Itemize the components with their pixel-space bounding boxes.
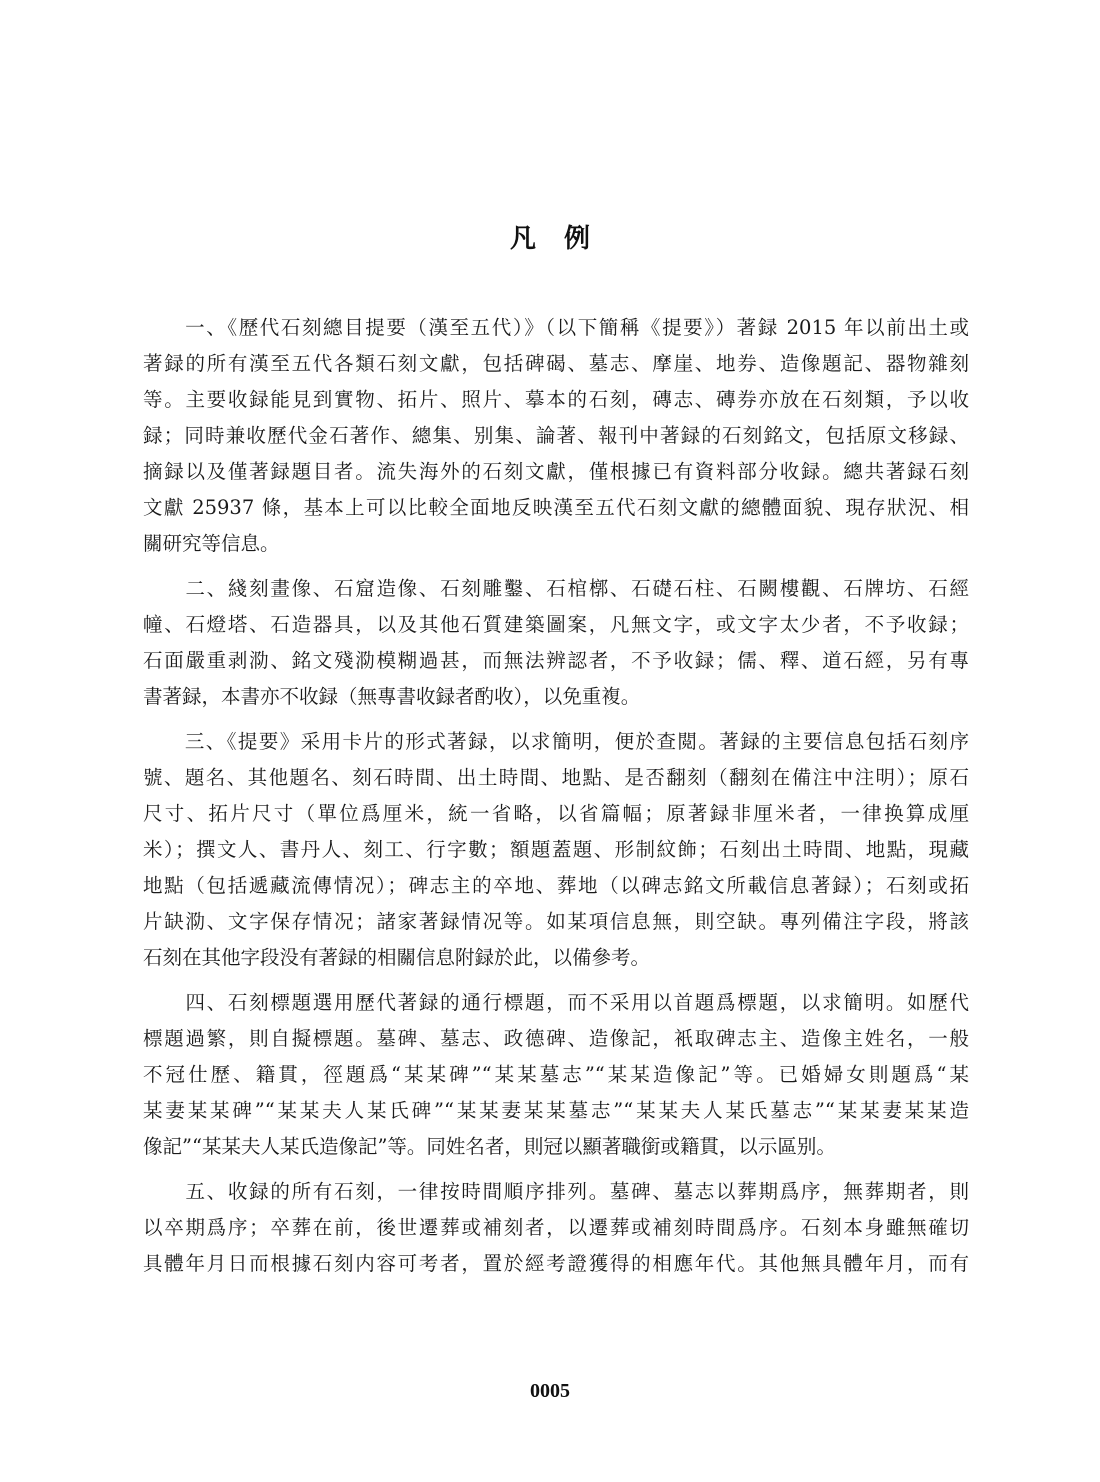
document-body: 一、《歷代石刻總目提要（漢至五代）》（以下簡稱《提要》）著録 2015 年以前出… bbox=[143, 310, 969, 1282]
text-line: 某妻某某碑”“某某夫人某氏碑”“某某妻某某墓志”“某某夫人某氏墓志”“某某妻某某… bbox=[143, 1093, 969, 1129]
text-line: 具體年月日而根據石刻内容可考者，置於經考證獲得的相應年代。其他無具體年月，而有 bbox=[143, 1246, 969, 1282]
text-line: 米）；撰文人、書丹人、刻工、行字數；額題蓋題、形制紋飾；石刻出土時間、地點，現藏 bbox=[143, 832, 969, 868]
text-line: 五、收録的所有石刻，一律按時間順序排列。墓碑、墓志以葬期爲序，無葬期者，則 bbox=[143, 1174, 969, 1210]
text-line: 書著録，本書亦不收録（無專書收録者酌收），以免重複。 bbox=[143, 679, 969, 715]
page-number: 0005 bbox=[0, 1380, 1100, 1403]
text-line: 著録的所有漢至五代各類石刻文獻，包括碑碣、墓志、摩崖、地券、造像題記、器物雜刻 bbox=[143, 346, 969, 382]
page-title: 凡例 bbox=[0, 218, 1100, 255]
text-line: 幢、石燈塔、石造器具，以及其他石質建築圖案，凡無文字，或文字太少者，不予收録； bbox=[143, 607, 969, 643]
text-line: 三、《提要》采用卡片的形式著録，以求簡明，便於查閲。著録的主要信息包括石刻序 bbox=[143, 724, 969, 760]
text-line: 二、綫刻畫像、石窟造像、石刻雕鑿、石棺槨、石礎石柱、石闕樓觀、石牌坊、石經 bbox=[143, 571, 969, 607]
text-line: 地點（包括遞藏流傳情况）；碑志主的卒地、葬地（以碑志銘文所載信息著録）；石刻或拓 bbox=[143, 868, 969, 904]
text-line: 摘録以及僅著録題目者。流失海外的石刻文獻，僅根據已有資料部分收録。總共著録石刻 bbox=[143, 454, 969, 490]
text-line: 關研究等信息。 bbox=[143, 526, 969, 562]
text-line: 以卒期爲序；卒葬在前，後世遷葬或補刻者，以遷葬或補刻時間爲序。石刻本身雖無確切 bbox=[143, 1210, 969, 1246]
paragraph-3: 三、《提要》采用卡片的形式著録，以求簡明，便於查閲。著録的主要信息包括石刻序 號… bbox=[143, 724, 969, 976]
text-line: 文獻 25937 條，基本上可以比較全面地反映漢至五代石刻文獻的總體面貌、現存狀… bbox=[143, 490, 969, 526]
text-line: 録；同時兼收歷代金石著作、總集、别集、論著、報刊中著録的石刻銘文，包括原文移録、 bbox=[143, 418, 969, 454]
text-line: 石面嚴重剥泐、銘文殘泐模糊過甚，而無法辨認者，不予收録；儒、釋、道石經，另有專 bbox=[143, 643, 969, 679]
paragraph-4: 四、石刻標題選用歷代著録的通行標題，而不采用以首題爲標題，以求簡明。如歷代 標題… bbox=[143, 985, 969, 1165]
paragraph-1: 一、《歷代石刻總目提要（漢至五代）》（以下簡稱《提要》）著録 2015 年以前出… bbox=[143, 310, 969, 562]
paragraph-5: 五、收録的所有石刻，一律按時間順序排列。墓碑、墓志以葬期爲序，無葬期者，則 以卒… bbox=[143, 1174, 969, 1282]
text-line: 四、石刻標題選用歷代著録的通行標題，而不采用以首題爲標題，以求簡明。如歷代 bbox=[143, 985, 969, 1021]
text-line: 像記”“某某夫人某氏造像記”等。同姓名者，則冠以顯著職銜或籍貫，以示區别。 bbox=[143, 1129, 969, 1165]
text-line: 不冠仕歷、籍貫，徑題爲“某某碑”“某某墓志”“某某造像記”等。已婚婦女則題爲“某 bbox=[143, 1057, 969, 1093]
text-line: 號、題名、其他題名、刻石時間、出土時間、地點、是否翻刻（翻刻在備注中注明）；原石 bbox=[143, 760, 969, 796]
text-line: 尺寸、拓片尺寸（單位爲厘米，統一省略，以省篇幅；原著録非厘米者，一律换算成厘 bbox=[143, 796, 969, 832]
text-line: 石刻在其他字段没有著録的相關信息附録於此，以備參考。 bbox=[143, 940, 969, 976]
paragraph-2: 二、綫刻畫像、石窟造像、石刻雕鑿、石棺槨、石礎石柱、石闕樓觀、石牌坊、石經 幢、… bbox=[143, 571, 969, 715]
text-line: 等。主要收録能見到實物、拓片、照片、摹本的石刻，磚志、磚券亦放在石刻類，予以收 bbox=[143, 382, 969, 418]
text-line: 一、《歷代石刻總目提要（漢至五代）》（以下簡稱《提要》）著録 2015 年以前出… bbox=[143, 310, 969, 346]
text-line: 標題過繁，則自擬標題。墓碑、墓志、政德碑、造像記，衹取碑志主、造像主姓名，一般 bbox=[143, 1021, 969, 1057]
text-line: 片缺泐、文字保存情况；諸家著録情况等。如某項信息無，則空缺。專列備注字段，將該 bbox=[143, 904, 969, 940]
